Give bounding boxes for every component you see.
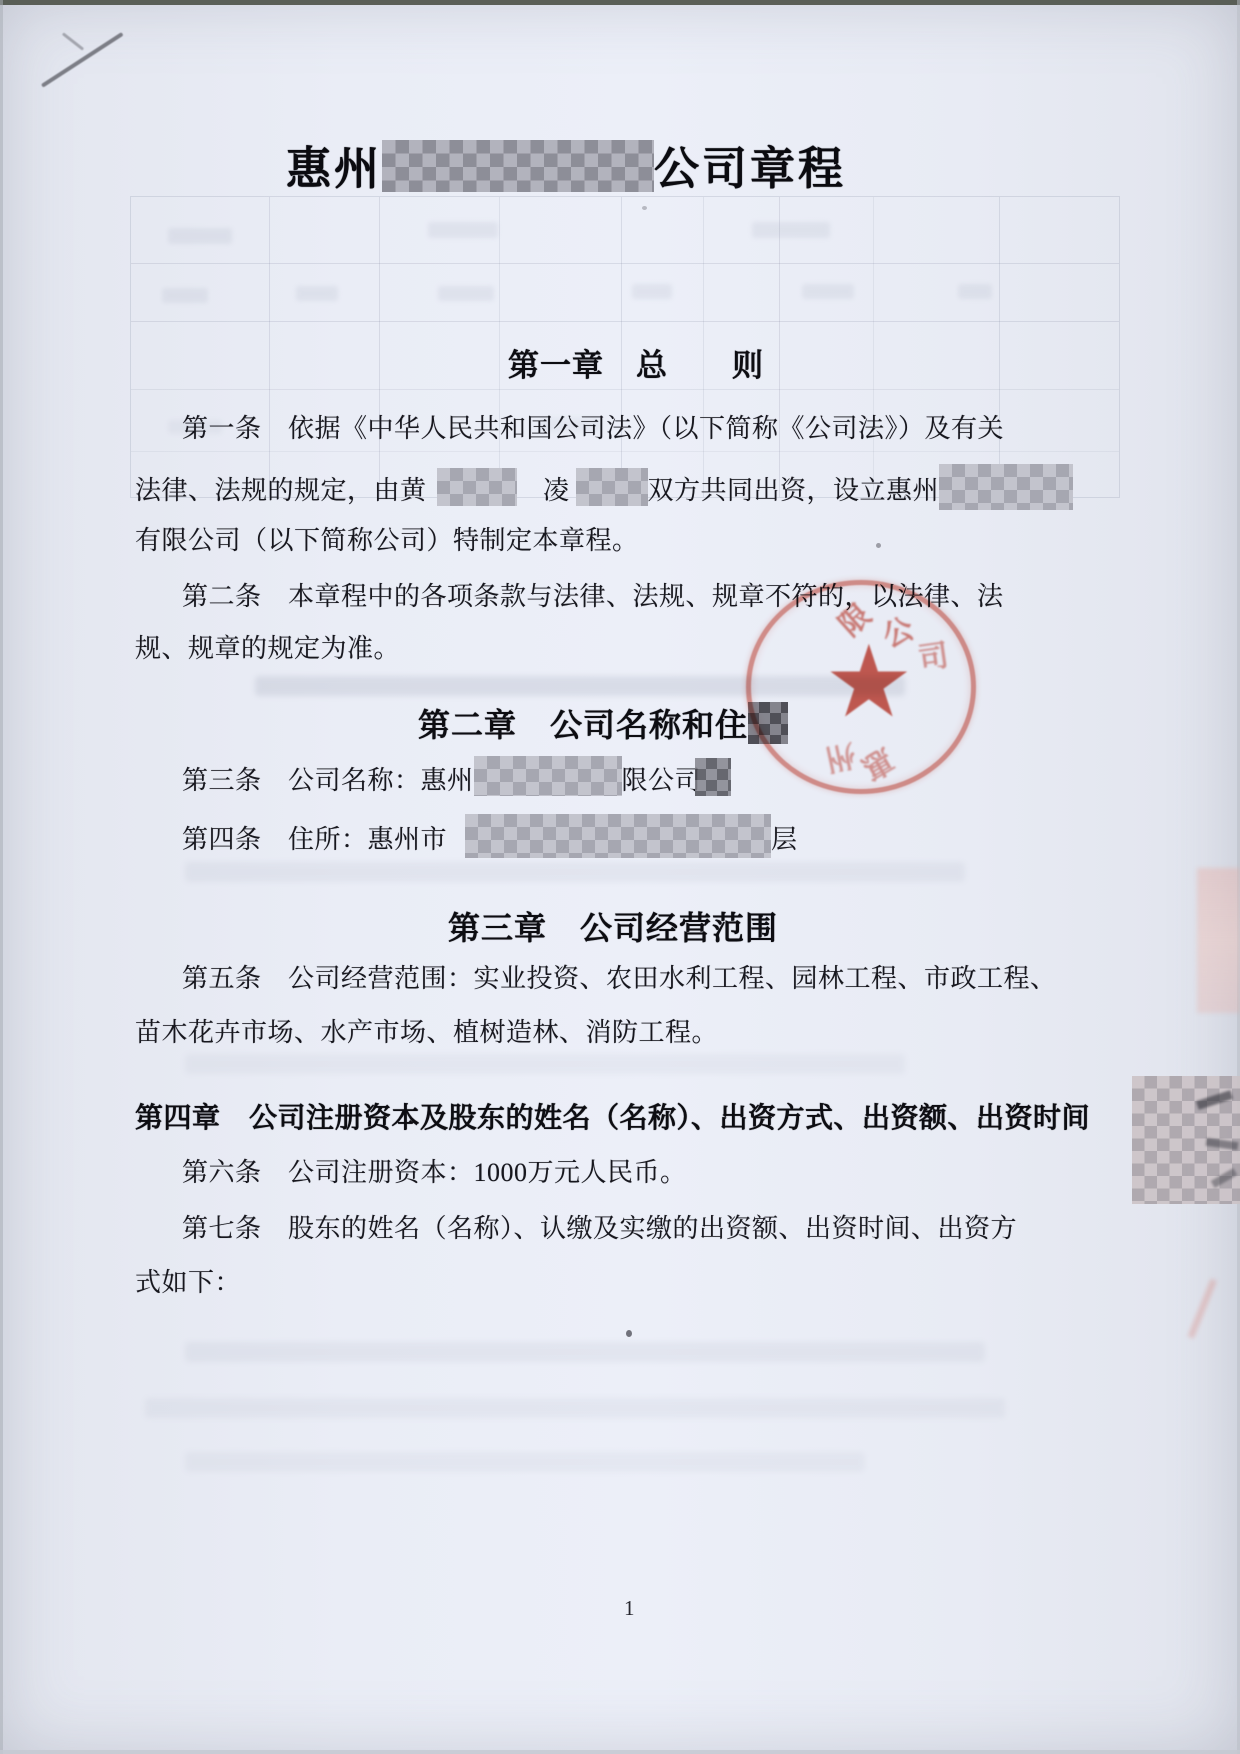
redaction-mosaic-title [382,140,654,192]
redaction-mosaic-name2 [576,468,648,506]
redaction-mosaic-small [695,758,731,796]
bleedthrough-text [958,284,992,299]
chapter2-heading-text: 第二章 公司名称和住 [418,706,748,744]
article6-line: 第六条 公司注册资本：1000万元人民币。 [182,1152,687,1189]
scan-edge-bottom [0,1750,1240,1754]
article4-text2: 层 [771,825,798,854]
scan-edge-left [0,0,3,1754]
redaction-mosaic-company2 [474,756,622,796]
bleedthrough-text [438,286,494,301]
article2-line2: 规、规章的规定为准。 [135,628,400,665]
article3-text1: 第三条 公司名称：惠州 [182,766,474,795]
article1-line2-text3: 双方共同出资，设立惠州 [648,476,940,505]
bleedthrough-band [145,1398,1005,1418]
chapter1-heading: 第一章 总 则 [508,340,764,385]
title-prefix: 惠州 [286,142,382,195]
bleedthrough-text [752,222,830,238]
bleedthrough-band [185,1342,985,1362]
pencil-mark [41,32,124,88]
redaction-mosaic-name1 [437,468,517,506]
bleedthrough-text [802,284,854,299]
article1-line2: 法律、法规的规定，由黄 凌双方共同出资，设立惠州 [135,464,1073,510]
ink-speck [642,206,647,210]
bleedthrough-text [632,284,672,299]
article1-line2-text2: 凌 [517,476,570,505]
red-company-seal: ★ 限 公 司 惠 州 [746,580,974,792]
article5-line1: 第五条 公司经营范围：实业投资、农田水利工程、园林工程、市政工程、 [182,958,1057,995]
article4-text1: 第四条 住所：惠州市 [182,825,447,854]
article7-line2: 式如下： [135,1262,241,1299]
edge-stamp-bleed2 [1188,1279,1240,1351]
bleedthrough-band [185,862,965,882]
bleedthrough-text [162,288,208,303]
seal-arc-char: 司 [915,630,951,678]
article1-line1: 第一条 依据《中华人民共和国公司法》（以下简称《公司法》）及有关 [182,408,1004,445]
scanned-document-page: 惠州公司章程 第一章 总 则 第一条 依据《中华人民共和国公司法》（以下简称《公… [0,0,1240,1754]
article7-line1: 第七条 股东的姓名（名称）、认缴及实缴的出资额、出资时间、出资方 [182,1208,1017,1245]
scan-edge-top [0,0,1240,5]
bleedthrough-text [428,222,498,238]
redaction-mosaic-address [465,814,771,858]
article3-text2: 限公司 [622,766,702,795]
page-number: 1 [624,1596,635,1621]
article1-line3: 有限公司（以下简称公司）特制定本章程。 [135,520,639,557]
title-suffix: 公司章程 [654,142,846,195]
article3-line: 第三条 公司名称：惠州限公司 [182,756,731,797]
article1-line2-text1: 法律、法规的规定，由黄 [135,476,427,505]
pencil-mark-small [62,32,84,50]
chapter4-heading: 第四章 公司注册资本及股东的姓名（名称）、出资方式、出资额、出资时间 [135,1096,1090,1136]
bleedthrough-band [185,1054,905,1074]
bleedthrough-text [296,286,338,301]
article4-line: 第四条 住所：惠州市层 [182,814,798,858]
chapter2-heading: 第二章 公司名称和住 [418,700,788,746]
ink-speck [626,1330,632,1337]
bleedthrough-text [168,228,232,244]
ink-speck [876,543,881,548]
chapter3-heading: 第三章 公司经营范围 [448,903,778,949]
article5-line2: 苗木花卉市场、水产市场、植树造林、消防工程。 [135,1012,718,1049]
document-title: 惠州公司章程 [286,132,846,197]
redaction-mosaic-company1 [939,464,1073,510]
edge-stamp-bleed [1197,868,1240,1013]
bleedthrough-band [185,1452,865,1472]
